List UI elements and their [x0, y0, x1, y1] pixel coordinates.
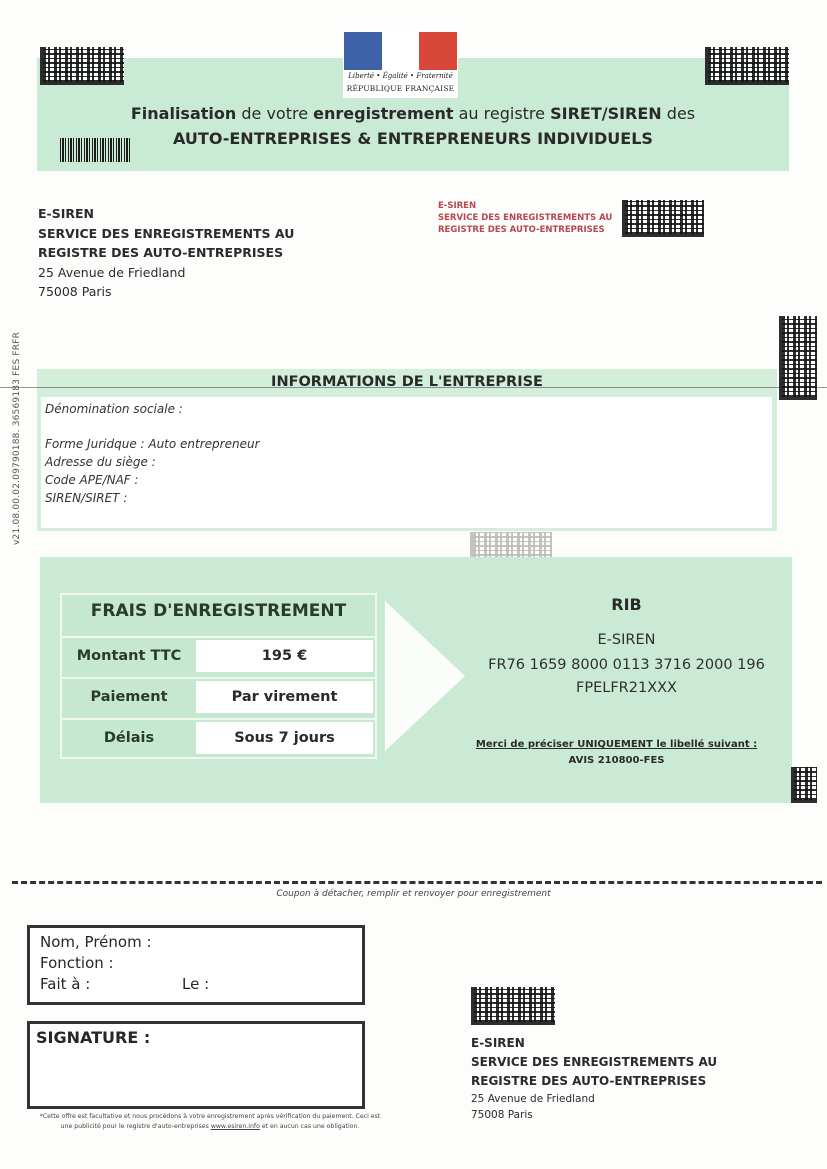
- rib-note: Merci de préciser UNIQUEMENT le libellé …: [460, 739, 773, 750]
- title-segment: enregistrement: [313, 104, 453, 123]
- field-siren-siret: SIREN/SIRET :: [45, 489, 768, 507]
- linear-barcode: [60, 138, 132, 162]
- company-info-box: Dénomination sociale : Forme Juridque : …: [41, 397, 772, 528]
- rib-title: RIB: [470, 595, 783, 614]
- fees-row-montant: Montant TTC 195 €: [62, 636, 375, 674]
- fees-row-delais: Délais Sous 7 jours: [62, 718, 375, 756]
- rib-iban: FR76 1659 8000 0113 3716 2000 196: [470, 657, 783, 673]
- sender-address: E-SIREN SERVICE DES ENREGISTREMENTS AU R…: [38, 204, 294, 302]
- fonction-field[interactable]: Fonction :: [40, 953, 352, 974]
- signature-box[interactable]: SIGNATURE :: [27, 1021, 365, 1109]
- return-label-line-1: SERVICE DES ENREGISTREMENTS AU: [438, 212, 612, 224]
- fees-label: Délais: [62, 720, 196, 756]
- return-label: E-SIREN SERVICE DES ENREGISTREMENTS AU R…: [438, 200, 612, 236]
- rib-holder: E-SIREN: [470, 632, 783, 648]
- coupon-address-line-1: SERVICE DES ENREGISTREMENTS AU: [471, 1053, 717, 1072]
- datamatrix-code-return: [622, 200, 704, 237]
- field-denomination: Dénomination sociale :: [45, 400, 768, 418]
- fees-value: Par virement: [196, 681, 373, 713]
- fees-value: 195 €: [196, 640, 373, 672]
- return-label-name: E-SIREN: [438, 200, 612, 212]
- field-adresse-siege: Adresse du siège :: [45, 453, 768, 471]
- sender-city: 75008 Paris: [38, 282, 294, 302]
- document-title-line-1: Finalisation de votre enregistrement au …: [37, 104, 789, 123]
- sender-line-2: REGISTRE DES AUTO-ENTREPRISES: [38, 243, 294, 263]
- datamatrix-code-top-left: [40, 47, 124, 85]
- nom-prenom-field[interactable]: Nom, Prénom :: [40, 932, 352, 953]
- fold-line: [0, 387, 827, 388]
- datamatrix-code-coupon: [471, 987, 555, 1025]
- coupon-caption: Coupon à détacher, remplir et renvoyer p…: [0, 889, 827, 899]
- sender-street: 25 Avenue de Friedland: [38, 263, 294, 283]
- field-code-ape: Code APE/NAF :: [45, 471, 768, 489]
- title-segment: de votre: [236, 104, 313, 123]
- fees-row-paiement: Paiement Par virement: [62, 677, 375, 715]
- rib-reference: AVIS 210800-FES: [460, 755, 773, 766]
- esiren-link[interactable]: www.esiren.info: [211, 1123, 260, 1130]
- signature-label: SIGNATURE :: [36, 1028, 356, 1047]
- title-segment: Finalisation: [131, 104, 236, 123]
- date-field[interactable]: Le :: [182, 974, 209, 995]
- sender-name: E-SIREN: [38, 204, 294, 224]
- document-title-line-2: AUTO-ENTREPRISES & ENTREPRENEURS INDIVID…: [37, 129, 789, 148]
- fees-label: Paiement: [62, 679, 196, 715]
- datamatrix-code-side: [779, 316, 817, 400]
- rib-bic: FPELFR21XXX: [470, 680, 783, 696]
- marianne-flag-icon: [344, 32, 457, 70]
- logo-motto: Liberté • Égalité • Fraternité: [343, 72, 458, 80]
- datamatrix-code-side-lower: [791, 767, 817, 803]
- coupon-identity-box: Nom, Prénom : Fonction : Fait à : Le :: [27, 925, 365, 1005]
- coupon-address-line-2: REGISTRE DES AUTO-ENTREPRISES: [471, 1072, 717, 1091]
- title-segment: des: [662, 104, 695, 123]
- arrow-right-icon: [385, 601, 465, 751]
- republique-francaise-logo: Liberté • Égalité • Fraternité RÉPUBLIQU…: [343, 30, 458, 98]
- coupon-address-street: 25 Avenue de Friedland: [471, 1091, 717, 1107]
- cut-line: [12, 881, 822, 884]
- title-segment: au registre: [454, 104, 551, 123]
- field-forme-juridique: Forme Juridque : Auto entrepreneur: [45, 435, 768, 453]
- logo-republic: RÉPUBLIQUE FRANÇAISE: [343, 84, 458, 93]
- title-segment: SIRET/SIREN: [550, 104, 662, 123]
- coupon-address-name: E-SIREN: [471, 1034, 717, 1053]
- fees-title: FRAIS D'ENREGISTREMENT: [62, 601, 375, 621]
- sender-line-1: SERVICE DES ENREGISTREMENTS AU: [38, 224, 294, 244]
- coupon-address: E-SIREN SERVICE DES ENREGISTREMENTS AU R…: [471, 1034, 717, 1123]
- disclaimer: *Cette offre est facultative et nous pro…: [33, 1112, 387, 1131]
- coupon-address-city: 75008 Paris: [471, 1107, 717, 1123]
- side-reference-code: v21.08.00.02.09790188. 36569183 FES FRFR: [12, 332, 22, 545]
- return-label-line-2: REGISTRE DES AUTO-ENTREPRISES: [438, 224, 612, 236]
- disclaimer-text-end: et en aucun cas une obligation.: [260, 1123, 359, 1130]
- fees-label: Montant TTC: [62, 638, 196, 674]
- fees-value: Sous 7 jours: [196, 722, 373, 754]
- datamatrix-code-top-right: [705, 47, 789, 85]
